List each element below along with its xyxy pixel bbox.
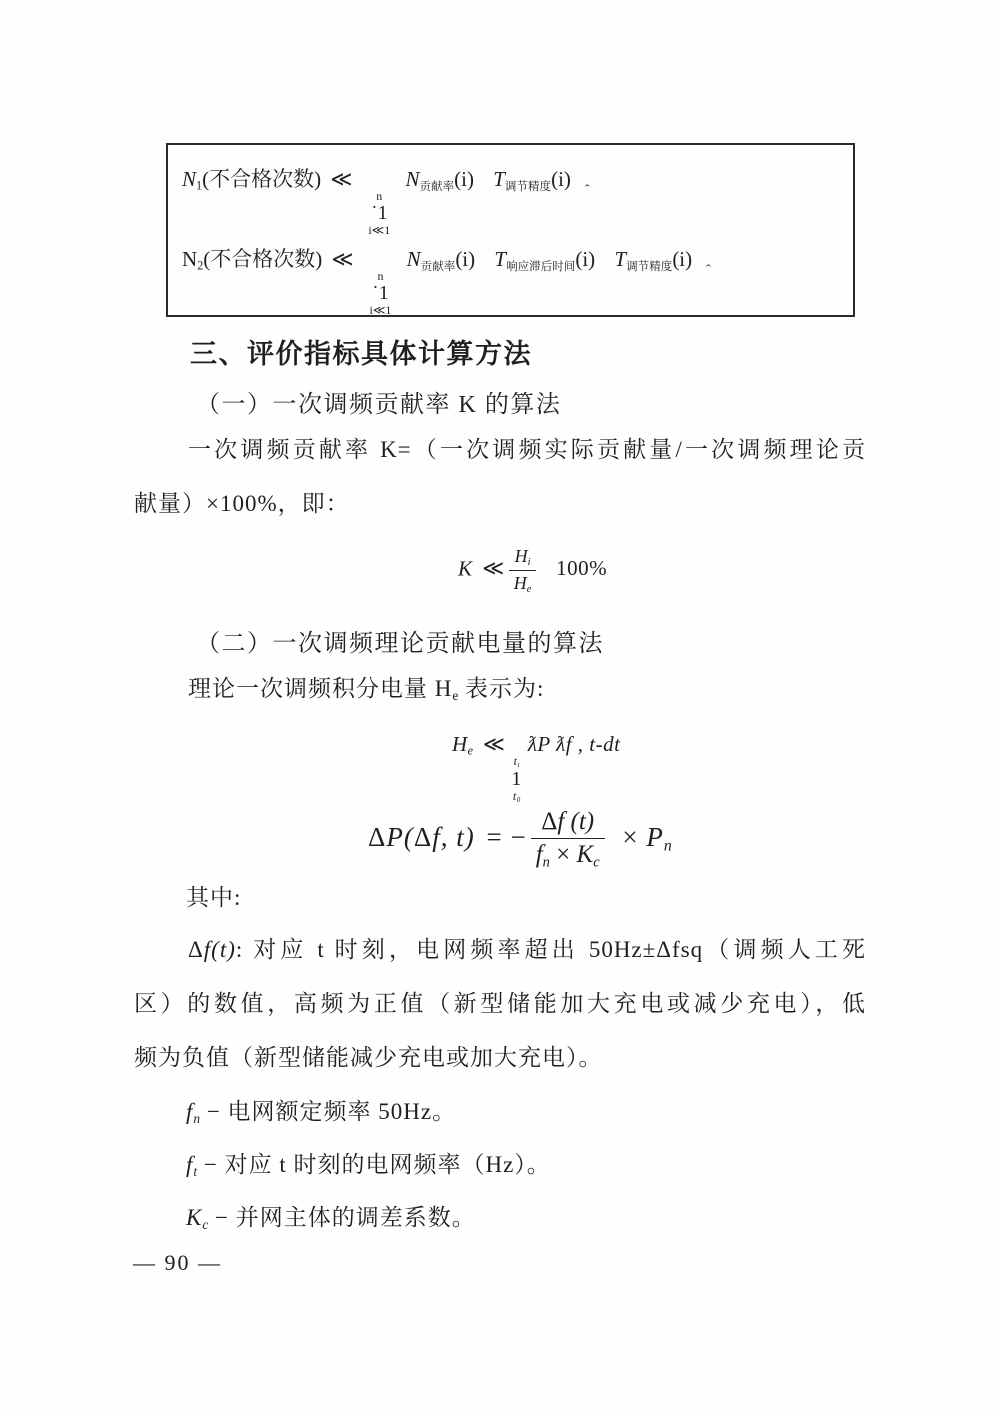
n2-term1-arg: (i) — [455, 247, 475, 271]
paragraph-4-line-1: Δf(t): 对应 t 时刻，电网频率超出 50Hz±Δfsq（调频人工死 — [188, 938, 866, 961]
n1-term2-arg: (i) — [551, 167, 571, 191]
n1-paren: (不合格次数) — [202, 167, 321, 191]
n2-term2-base: T — [494, 247, 506, 271]
k-num-sub: i — [528, 557, 531, 568]
p4-delta: Δ — [188, 937, 204, 962]
paragraph-3: 其中: — [186, 886, 241, 909]
def-ft-text: − 对应 t 时刻的电网频率（Hz）。 — [204, 1152, 551, 1177]
n1-sum-upper: n — [376, 190, 382, 203]
formula-n1: N1(不合格次数) ≪n˙1i≪1 N贡献率(i) T调节精度(i)ˆ — [182, 163, 590, 236]
n2-paren: (不合格次数) — [203, 247, 322, 271]
dp-multiplier: × Pn — [622, 822, 671, 852]
n2-term2: T响应滞后时间(i) — [494, 247, 595, 271]
dp-mult-sign: × — [622, 822, 646, 852]
def-kc-sub: c — [202, 1217, 208, 1232]
he-lhs-sub: e — [468, 744, 473, 758]
n2-term3: T调节精度(i) — [614, 247, 692, 271]
definition-fn: fn − 电网额定频率 50Hz。 — [186, 1100, 456, 1125]
paragraph-2: 理论一次调频积分电量 He 表示为: — [188, 677, 544, 702]
n2-term1: N贡献率(i) — [407, 247, 475, 271]
paragraph-2-pre: 理论一次调频积分电量 H — [188, 676, 452, 701]
he-integrand: ƛP ƛf , t-dt — [528, 732, 621, 756]
he-integral-limits: tt1t0 — [511, 755, 522, 805]
k-fraction: HiHe — [509, 546, 537, 595]
def-kc-text: − 并网主体的调差系数。 — [215, 1205, 476, 1230]
n1-term1: N贡献率(i) — [406, 167, 474, 191]
n2-base: N — [182, 247, 197, 271]
dp-fraction: Δf (t)fn × Kc — [531, 808, 605, 871]
n1-term2: T调节精度(i) — [493, 167, 571, 191]
dp-lhs-delta1: Δ — [368, 822, 386, 852]
dp-formula: ΔP(Δf, t) = −Δf (t)fn × Kc × Pn — [368, 808, 672, 871]
k-formula: K ≪HiHe 100% — [458, 546, 607, 595]
paragraph-4-line-3: 频为负值（新型储能减少充电或加大充电）。 — [134, 1046, 603, 1069]
n1-base: N — [182, 167, 196, 191]
n2-term3-base: T — [614, 247, 626, 271]
dp-lhs-p: P( — [386, 822, 413, 852]
n2-term3-arg: (i) — [672, 247, 692, 271]
n2-sum-lower: i≪1 — [370, 304, 392, 317]
n1-term1-base: N — [406, 167, 420, 191]
k-den-base: H — [514, 573, 527, 593]
k-num-base: H — [515, 546, 528, 566]
def-fn-text: − 电网额定频率 50Hz。 — [207, 1099, 456, 1124]
p4-line1-rest: 对应 t 时刻，电网频率超出 50Hz±Δfsq（调频人工死 — [253, 937, 866, 962]
dp-lhs: ΔP(Δf, t) — [368, 822, 475, 852]
p4-colon: : — [236, 937, 253, 962]
p4-ft: f(t) — [204, 937, 236, 962]
dp-denominator: fn × Kc — [531, 839, 605, 871]
dp-den-f: f — [536, 841, 543, 868]
formula-n2: N2(不合格次数) ≪n˙1i≪1 N贡献率(i) T响应滞后时间(i) T调节… — [182, 243, 711, 316]
dp-den-times: × — [550, 841, 577, 868]
page-number: — 90 — — [133, 1250, 222, 1276]
he-upper-limit: tt — [514, 755, 520, 769]
he-integral-body: 1 — [511, 769, 522, 790]
n1-sum-body: ˙1 — [371, 203, 388, 224]
paragraph-1-line-2: 献量）×100%，即： — [134, 492, 350, 515]
dp-equals: = − — [486, 822, 526, 852]
he-relation: ≪ — [483, 732, 505, 756]
n2-term3-sub: 调节精度 — [626, 261, 672, 273]
paragraph-1-line-1: 一次调频贡献率 K=（一次调频实际贡献量/一次调频理论贡 — [188, 438, 866, 461]
definition-kc: Kc − 并网主体的调差系数。 — [186, 1206, 476, 1231]
n2-term2-arg: (i) — [575, 247, 595, 271]
k-relation: ≪ — [482, 556, 504, 580]
n2-sum-body: ˙1 — [372, 283, 389, 304]
n1-term2-base: T — [493, 167, 505, 191]
document-page: N1(不合格次数) ≪n˙1i≪1 N贡献率(i) T调节精度(i)ˆ N2(不… — [0, 0, 1000, 1414]
k-denominator: He — [509, 571, 537, 595]
def-ft-sub: t — [193, 1164, 197, 1179]
n2-tail-mark: ˆ — [706, 263, 711, 278]
subsection-2-heading: （二）一次调频理论贡献电量的算法 — [196, 623, 604, 658]
n1-term1-arg: (i) — [454, 167, 474, 191]
def-fn-sub: n — [193, 1111, 200, 1126]
dp-den-k-sub: c — [593, 854, 599, 870]
dp-den-f-sub: n — [543, 854, 550, 870]
n1-sum-lower: i≪1 — [368, 224, 390, 237]
n1-term2-sub: 调节精度 — [505, 181, 551, 193]
n2-sum-upper: n — [377, 270, 383, 283]
dp-den-k: K — [577, 841, 594, 868]
n2-sum-limits: n˙1i≪1 — [370, 270, 392, 316]
paragraph-4-line-2: 区）的数值，高频为正值（新型储能加大充电或减少充电），低 — [134, 992, 866, 1015]
definition-ft: ft − 对应 t 时刻的电网频率（Hz）。 — [186, 1153, 551, 1178]
section-heading: 三、评价指标具体计算方法 — [190, 332, 532, 371]
n1-relation: ≪ — [330, 167, 352, 191]
formula-box: N1(不合格次数) ≪n˙1i≪1 N贡献率(i) T调节精度(i)ˆ N2(不… — [166, 143, 855, 317]
n2-relation: ≪ — [332, 247, 354, 271]
dp-numerator: Δf (t) — [531, 808, 605, 839]
he-lower-sub: 0 — [517, 796, 520, 804]
n1-term1-sub: 贡献率 — [420, 181, 455, 193]
n2-term2-sub: 响应滞后时间 — [506, 261, 575, 273]
n2-term1-sub: 贡献率 — [421, 261, 456, 273]
he-lower-limit: t0 — [513, 790, 520, 804]
k-suffix: 100% — [556, 556, 607, 580]
dp-num-delta: Δ — [541, 808, 557, 835]
k-lhs: K — [458, 556, 473, 580]
dp-lhs-ft: f, t) — [432, 822, 475, 852]
dp-num-ft: f (t) — [557, 808, 594, 835]
dp-lhs-delta2: Δ — [414, 822, 432, 852]
k-numerator: Hi — [509, 546, 537, 571]
dp-mult-base: P — [646, 822, 664, 852]
dp-mult-sub: n — [664, 838, 672, 855]
n2-term1-base: N — [407, 247, 421, 271]
n1-sum-limits: n˙1i≪1 — [368, 190, 390, 236]
k-den-sub: e — [527, 584, 532, 595]
he-formula: He ≪tt1t0ƛP ƛf , t-dt — [452, 732, 620, 805]
he-lhs-base: H — [452, 732, 468, 756]
def-kc-symbol: K — [186, 1205, 202, 1230]
paragraph-2-post: 表示为: — [458, 676, 544, 701]
n1-tail-mark: ˆ — [585, 183, 590, 198]
subsection-1-heading: （一）一次调频贡献率 K 的算法 — [196, 384, 561, 419]
